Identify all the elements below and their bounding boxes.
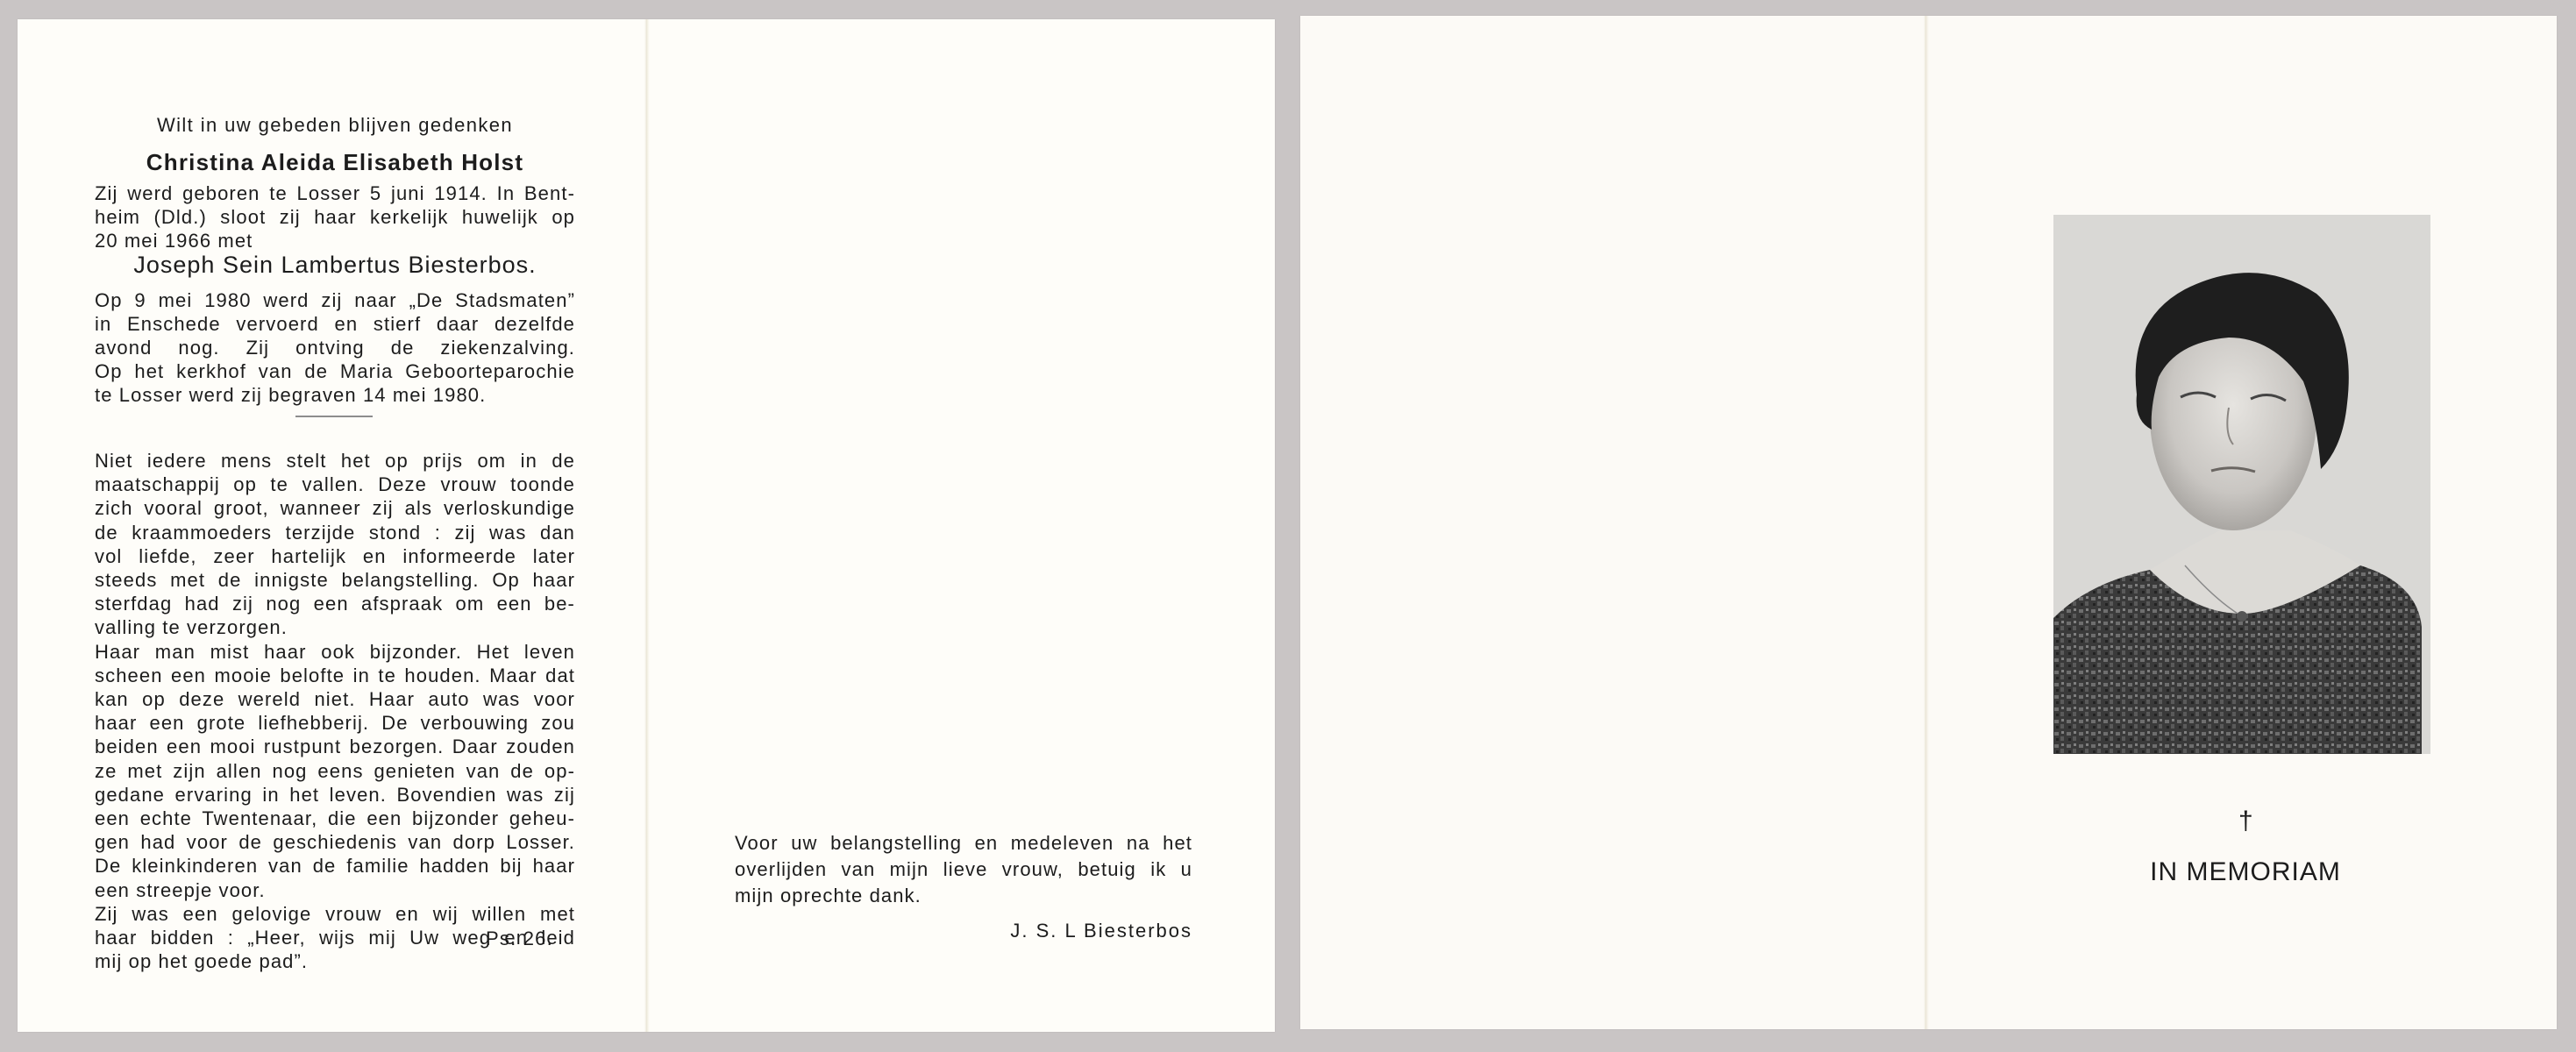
signature: J. S. L Biesterbos: [1010, 921, 1192, 941]
text-line: 20 mei 1966 met: [95, 229, 253, 252]
thanks-block: Voor uw belangstelling en medeleven na h…: [735, 830, 1192, 953]
fold-line: [644, 19, 650, 1032]
text-line: Op 9 mei 1980 werd zij naar „De Stadsmat…: [95, 288, 575, 312]
text-line: Zij was een gelovige vrouw en wij willen…: [95, 902, 575, 926]
text-line: in Enschede vervoerd en stierf daar deze…: [95, 312, 575, 336]
text-line: Voor uw belangstelling en medeleven na h…: [735, 830, 1192, 857]
cross-icon: †: [2238, 808, 2252, 835]
text-line: Haar man mist haar ook bijzonder. Het le…: [95, 640, 575, 664]
text-line: gedane ervaring in het leven. Bovendien …: [95, 783, 575, 807]
intro-text: Wilt in uw gebeden blijven gedenken: [95, 114, 575, 137]
text-line: heim (Dld.) sloot zij haar kerkelijk huw…: [95, 205, 575, 229]
text-line: Niet iedere mens stelt het op prijs om i…: [95, 449, 575, 473]
text-line: sterfdag had zij nog een afspraak om een…: [95, 592, 575, 615]
text-line: een streepje voor.: [95, 878, 266, 902]
deceased-name: Christina Aleida Elisabeth Holst: [95, 149, 575, 176]
divider: [295, 416, 373, 417]
fold-line: [1924, 16, 1929, 1029]
card-outer-spread: † IN MEMORIAM: [1300, 16, 2557, 1029]
text-line: steeds met de innigste belangstelling. O…: [95, 568, 575, 592]
text-line: kan op deze wereld niet. Haar auto was v…: [95, 687, 575, 711]
psalm-reference: Ps. 26.: [486, 929, 553, 949]
obituary-column: Wilt in uw gebeden blijven gedenken Chri…: [95, 19, 575, 984]
text-line: te Losser werd zij begraven 14 mei 1980.: [95, 383, 486, 407]
text-line: mijn oprechte dank.: [735, 883, 922, 909]
text-line: avond nog. Zij ontving de ziekenzalving.: [95, 336, 575, 359]
text-line: scheen een mooie belofte in te houden. M…: [95, 664, 575, 687]
card-inner-spread: Wilt in uw gebeden blijven gedenken Chri…: [18, 19, 1275, 1032]
text-line: zich vooral groot, wanneer zij als verlo…: [95, 496, 575, 520]
text-line: overlijden van mijn lieve vrouw, betuig …: [735, 857, 1192, 883]
text-line: Op het kerkhof van de Maria Geboorteparo…: [95, 359, 575, 383]
portrait-photo: [2053, 215, 2430, 754]
spouse-name: Joseph Sein Lambertus Biesterbos.: [95, 252, 575, 279]
text-line: de kraammoeders terzijde stond : zij was…: [95, 521, 575, 544]
text-line: een echte Twentenaar, die een bijzonder …: [95, 807, 575, 830]
in-memoriam-title: IN MEMORIAM: [2140, 859, 2351, 885]
text-line: haar een grote liefhebberij. De verbouwi…: [95, 711, 575, 735]
text-line: valling te verzorgen.: [95, 615, 288, 639]
text-line: beiden een mooi rustpunt bezorgen. Daar …: [95, 735, 575, 758]
text-line: mij op het goede pad”.: [95, 949, 308, 973]
text-line: Zij werd geboren te Losser 5 juni 1914. …: [95, 181, 575, 205]
text-line: vol liefde, zeer hartelijk en informeerd…: [95, 544, 575, 568]
text-line: gen had voor de geschiedenis van dorp Lo…: [95, 830, 575, 854]
text-line: De kleinkinderen van de familie hadden b…: [95, 854, 575, 878]
text-line: maatschappij op te vallen. Deze vrouw to…: [95, 473, 575, 496]
text-line: ze met zijn allen nog eens genieten van …: [95, 759, 575, 783]
